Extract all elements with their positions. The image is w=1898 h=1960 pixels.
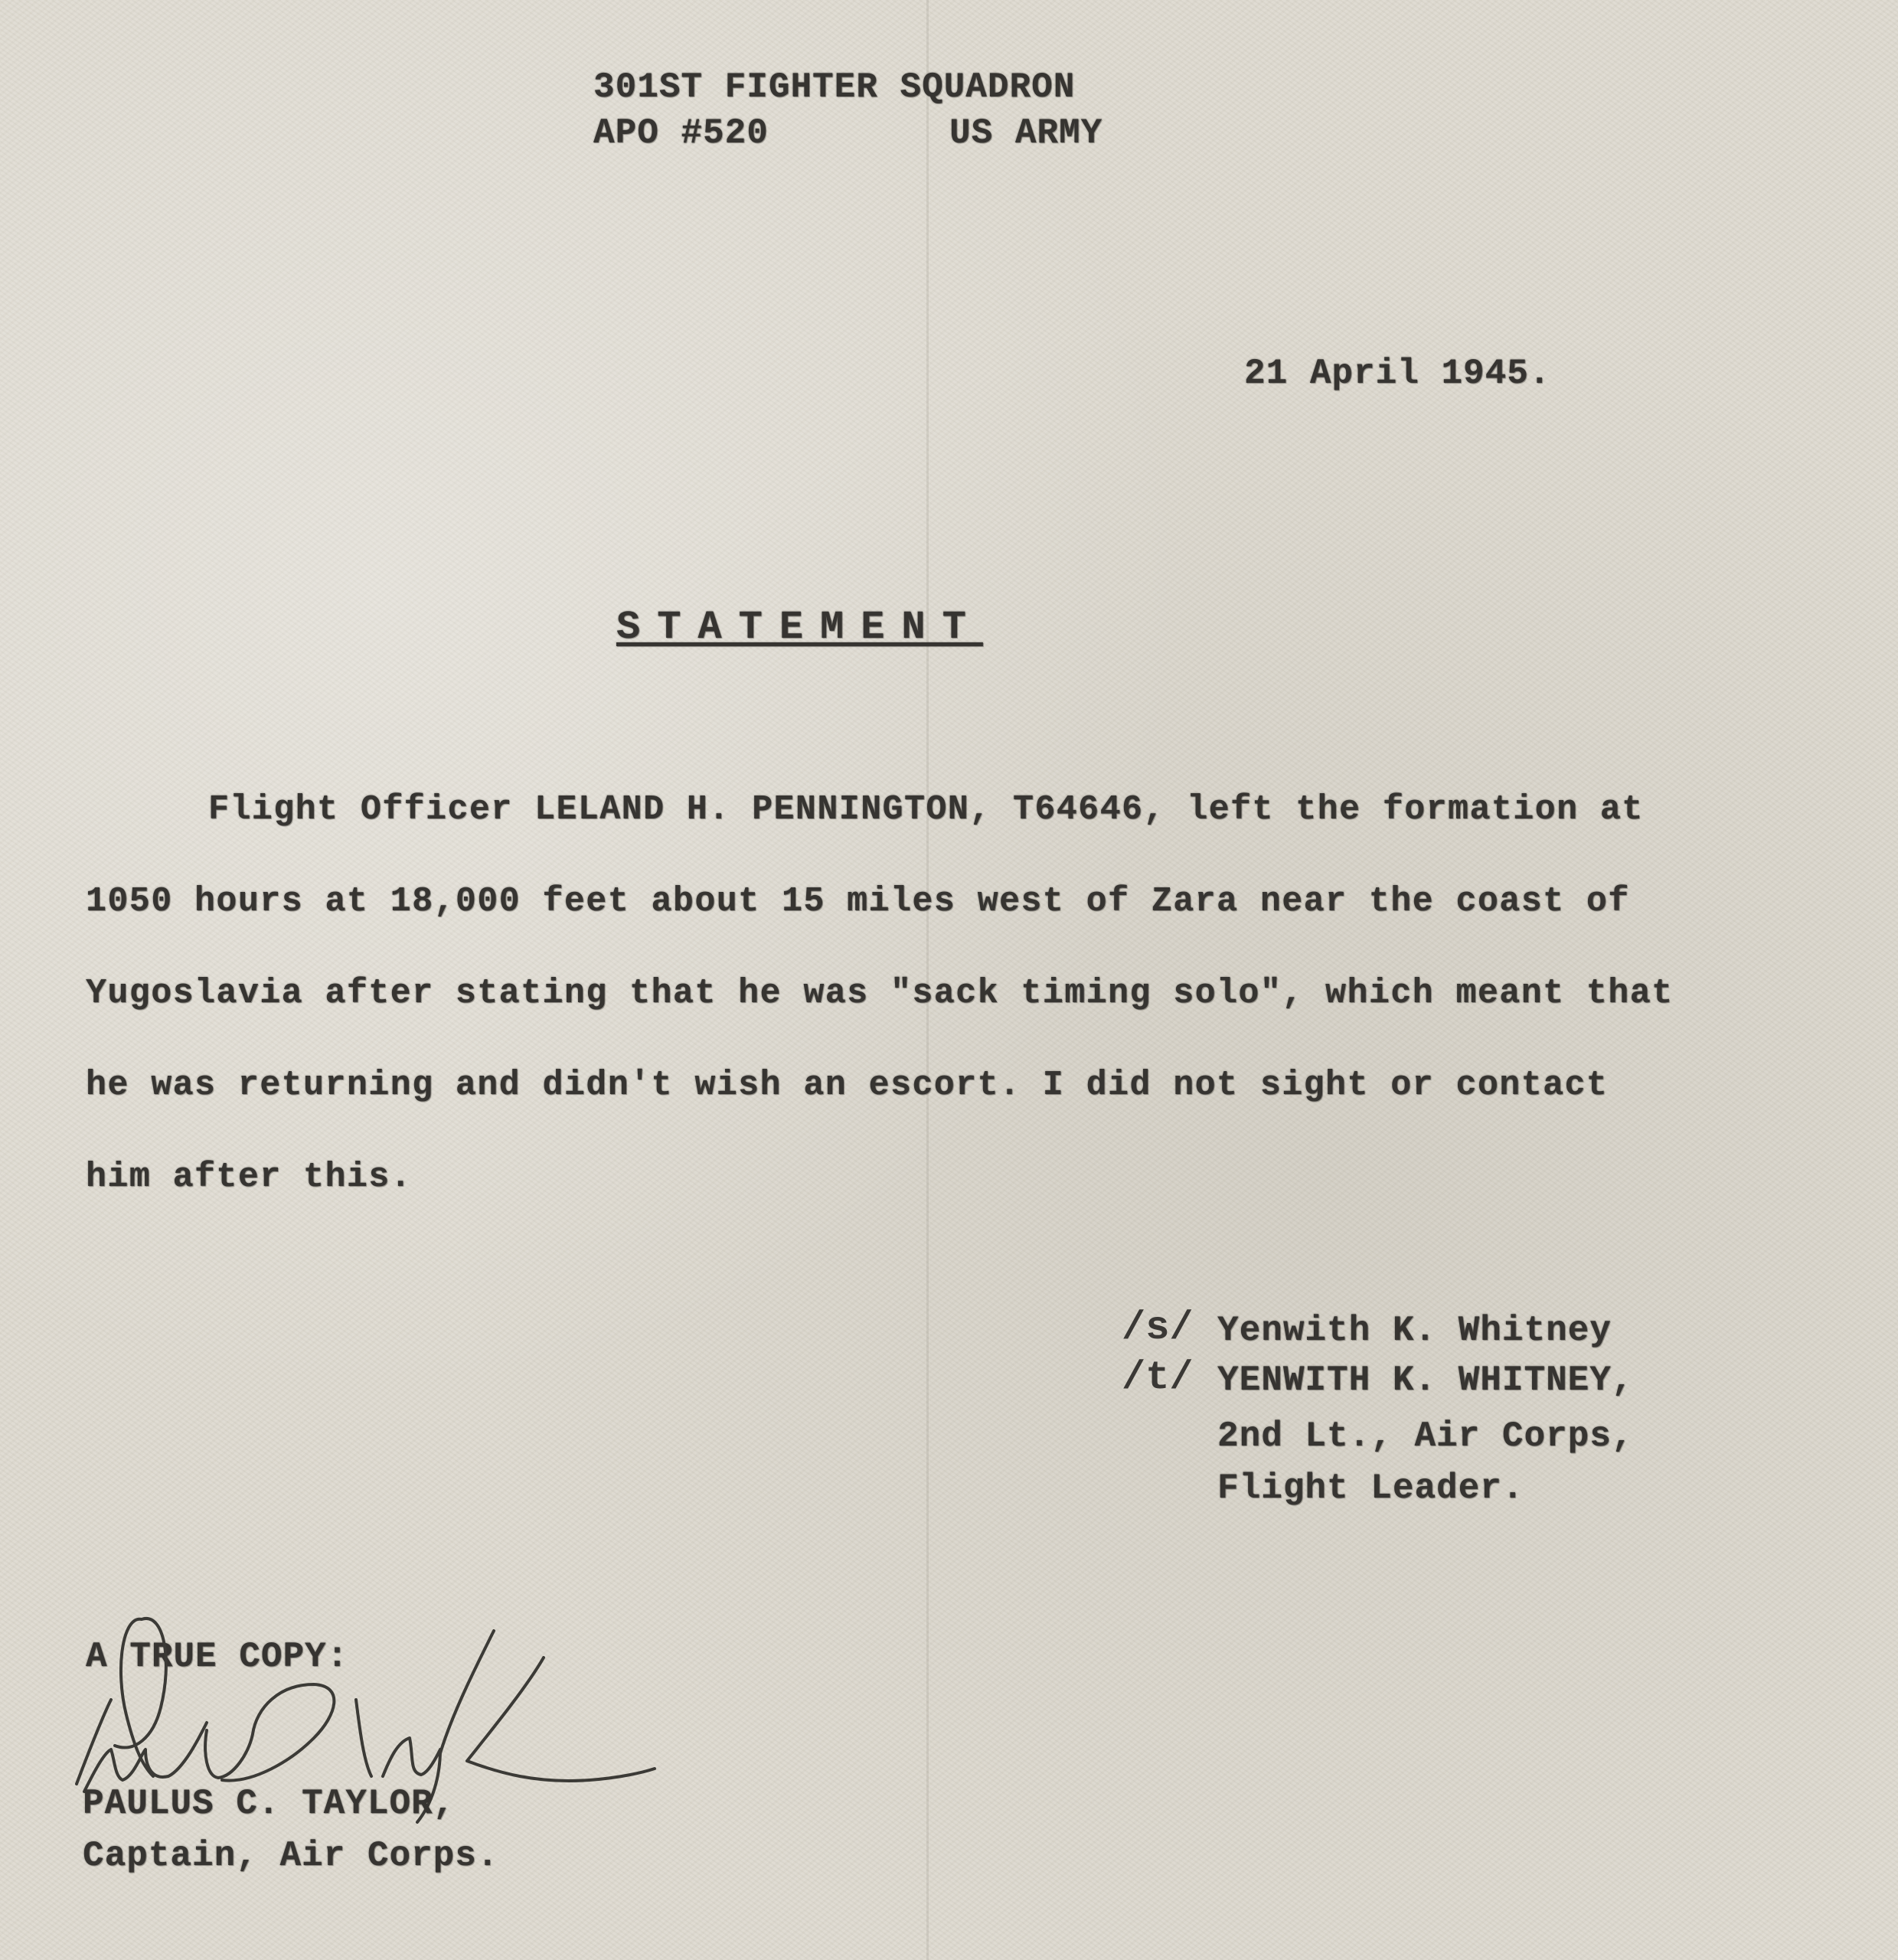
body-line: Flight Officer LELAND H. PENNINGTON, T64… [208,790,1644,829]
certifier-name: PAULUS C. TAYLOR, [83,1784,455,1824]
apo-number: APO #520 [593,113,769,153]
document-page: 301ST FIGHTER SQUADRON APO #520 US ARMY … [0,0,1898,1960]
signer-signed-name: Yenwith K. Whitney [1217,1311,1612,1351]
signed-prefix: /s/ [1122,1305,1194,1351]
signer-rank: 2nd Lt., Air Corps, [1217,1416,1634,1456]
document-date: 21 April 1945. [1244,354,1550,394]
body-line: he was returning and didn't wish an esco… [86,1066,1608,1105]
branch-heading: US ARMY [949,113,1103,153]
signer-role: Flight Leader. [1217,1468,1524,1508]
document-title: STATEMENT [616,605,983,650]
certifier-rank: Captain, Air Corps. [83,1836,499,1876]
body-line: Yugoslavia after stating that he was "sa… [86,974,1674,1013]
body-line: 1050 hours at 18,000 feet about 15 miles… [86,882,1630,921]
signer-typed-name: YENWITH K. WHITNEY, [1217,1361,1634,1400]
typed-prefix: /t/ [1122,1355,1194,1400]
unit-heading: 301ST FIGHTER SQUADRON [593,67,1075,107]
apo-heading: APO #520 US ARMY [593,113,769,153]
body-line: him after this. [86,1158,412,1197]
